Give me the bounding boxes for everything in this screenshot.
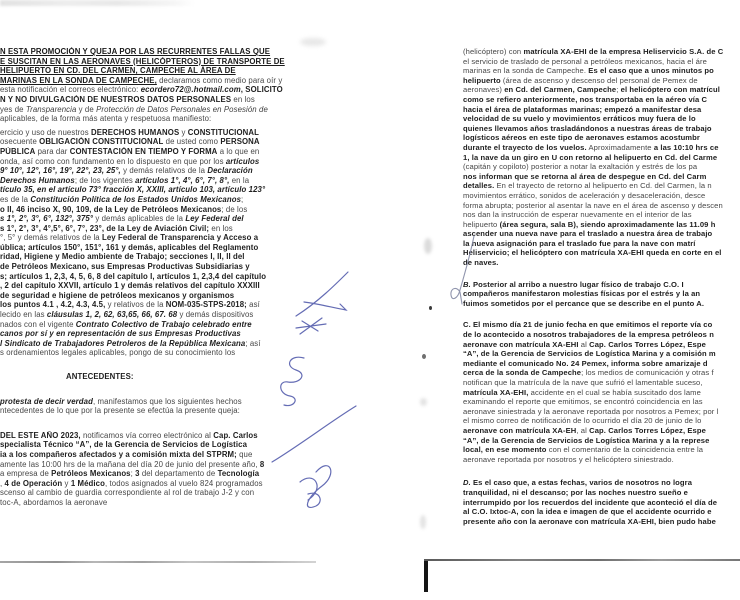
text-segment: ridad, Higiene y Medio ambiente de Traba… [0,252,245,261]
text-segment: , 2 del capítulo XXVII, artículo 1 y dem… [0,281,260,290]
text-line: o II, 46 inciso X, 90, 109, de la Ley de… [0,205,362,215]
paragraph: N ESTA PROMOCIÓN Y QUEJA POR LAS RECURRE… [0,47,362,124]
text-segment: ercicio y uso de nuestros [0,128,91,137]
text-line: matrícula XA-EHI, accidente en el cual s… [463,388,740,398]
text-segment: Tecnología [218,469,260,478]
text-segment: ia a los compañeros afectados y a comisi… [0,450,237,459]
text-line: compañeros manifestaron molestias física… [463,289,740,299]
paragraph: D. Es el caso que, a estas fechas, vario… [463,478,740,526]
signature-initials-h [296,318,326,334]
text-segment: y relativos de la [105,300,165,309]
text-line: helipuerto (área segura, sala B), siendo… [463,220,740,230]
text-segment: onda, así como con fundamento en lo disp… [0,157,226,166]
text-line: notifican que la matrícula de la nave qu… [463,378,740,388]
page-2-text-column: (helicóptero) con matrícula XA-EHI de la… [463,47,740,526]
text-segment: durante el trayecto de los vuelos. [463,143,587,152]
signature-loop-2 [300,478,317,500]
text-segment: scenso al cambio de guardia correspondie… [0,488,254,497]
text-line: hacia el área de plataformas marinas; em… [463,105,740,115]
text-segment: y de [76,105,96,114]
text-segment: , manifestamos que los siguientes hechos [93,397,242,406]
text-segment: y [179,128,188,137]
text-segment: de seguridad e higiene de petróleos mexi… [0,291,234,300]
scan-smudge-gutter-2 [420,398,427,406]
text-line: HELIPUERTO EN CD. DEL CARMEN, CAMPECHE A… [0,66,362,76]
text-segment: (helicóptero) con [463,47,523,56]
text-segment: °, 5° y demás relativos de la [0,233,102,242]
text-segment: Heliservicio; el helicóptero con matrícu… [463,248,722,257]
text-segment: Cap. Carlos Torres López, Espe [589,426,706,435]
text-segment: movimientos errático, sonidos de acelera… [463,191,705,200]
text-line: examinando el reporte que emitimos, se e… [463,397,740,407]
text-segment: s 1°, 2°, 3°, 4°,5°, 6°, 7°, 23°, de la … [0,224,209,233]
text-segment: C. El mismo día 21 de junio fecha en que… [463,320,712,329]
text-segment: s; artículos 1, 2,3, 4, 5, 6, 8 del capí… [0,272,266,281]
text-segment: ; de los vigentes [75,176,135,185]
text-line: “A”, de la Gerencia de Servicios de Logí… [463,349,740,359]
scan-smudge-gutter-3 [420,515,426,529]
text-segment: 1 Médico [71,479,105,488]
text-segment: forma abrupta; posterior al asentar la n… [463,201,723,210]
text-line: D. Es el caso que, a estas fechas, vario… [463,478,740,488]
text-segment: MARINAS EN LA SONDA DE CAMPECHE, [0,76,157,85]
text-segment: OBLIGACIÓN CONSTITUCIONAL [39,137,163,146]
text-segment: de lo acontecido a nosotros trabajadores… [463,330,714,339]
text-segment: al [579,340,590,349]
signature-loop-1 [307,466,330,508]
text-segment: en los [209,224,233,233]
text-segment: osecuente [0,137,39,146]
text-segment: declaramos como medio para oír y [157,76,283,85]
text-line: de naves. [463,258,740,268]
text-segment: los puntos 4.1 , 4.2, 4.3, 4.5, [0,300,105,309]
text-segment: Ley Federal del [185,214,243,223]
text-segment: s 1°, 2°, 3°, 6°, 132°, 375° [0,214,93,223]
text-segment: Cap. Carlos Torres López, Espe [589,340,706,349]
text-segment: Es el caso que, a estas fechas, varios d… [471,478,692,487]
text-line: presente año con la aeronave con matrícu… [463,517,740,527]
text-segment: Aproximadamente [587,143,654,152]
text-line: interrumpido por los recuerdos del incid… [463,498,740,508]
text-segment: hacia el área de plataformas marinas; em… [463,105,701,114]
text-segment: ública; artículos 150°, 151°, 161 y demá… [0,243,258,252]
text-segment: detalles. [463,181,494,190]
text-segment: artículos 1°, 4°, 6°, 7°, 8°, [135,176,229,185]
text-segment: Constitución Política de los Estados Uni… [30,195,241,204]
text-segment: aeronave con matrícula XA-EH [463,426,576,435]
text-segment: lecido en las [0,310,47,319]
text-segment: y [62,479,71,488]
text-segment: matrícula XA-EHI, [463,388,528,397]
text-segment: HELIPUERTO EN CD. DEL CARMEN, CAMPECHE A… [0,66,236,75]
text-segment: accidente en el cual se había suscitado … [528,388,701,397]
text-segment: quienes llevamos años trasladándonos a n… [463,124,712,133]
text-line: marinas en la sonda de Campeche. Es el c… [463,66,740,76]
text-segment: Transparencia [26,105,77,114]
text-segment: la nueva asignación para el traslado fue… [463,239,696,248]
text-line: onda, así como con fundamento en lo disp… [0,157,362,167]
text-line: 9° 10°, 12°, 16°, 19°, 22°, 23, 25°, y d… [0,166,362,176]
text-line: esta notificación el correos electrónico… [0,85,362,95]
text-segment: D. [463,478,471,487]
text-line: aplicables, de la forma más atenta y res… [0,114,362,124]
text-segment: , al [576,426,589,435]
text-segment: en la [229,176,249,185]
text-line: quienes llevamos años trasladándonos a n… [463,124,740,134]
text-line: 1, la nave da un giro en U con retorno a… [463,153,740,163]
text-segment: N Y NO DIVULGACIÓN DE NUESTROS DATOS PER… [0,95,231,104]
text-line: ercicio y uso de nuestros DERECHOS HUMAN… [0,128,362,138]
text-segment: Petróleos Mexicanos [51,469,130,478]
text-segment: ANTECEDENTES: [66,372,134,381]
scan-speck-comma [429,306,432,310]
text-segment: l Sindicato de Trabajadores Petroleros d… [0,339,245,348]
page-1-bottom-edge [0,561,316,563]
text-segment: ; así [245,339,260,348]
text-segment: “A”, de la Gerencia de Servicios de Logí… [463,349,716,358]
text-segment: examinando el reporte que emitimos, se e… [463,397,703,406]
text-line: aeronave siniestrada y la aeronave repor… [463,407,740,417]
text-segment: , todos asignados al vuelo 824 programad… [105,479,263,488]
text-line: de lo acontecido a nosotros trabajadores… [463,330,740,340]
text-segment: (capitán y copiloto) posterior a notar l… [463,162,697,171]
text-line: al C.O. Ixtoc-A, con la idea e imagen de… [463,507,740,517]
text-segment: presente año con la aeronave con matrícu… [463,517,716,526]
text-segment: specialista Técnico “A”, de la Gerencia … [0,440,247,449]
text-segment: matrícula XA-EHI de la empresa Heliservi… [523,47,723,56]
text-line: aeronaves) en Cd. del Carmen, Campeche; … [463,85,740,95]
scan-speck-dot [422,354,426,359]
text-line: Heliservicio; el helicóptero con matrícu… [463,248,740,258]
text-segment: tranquilidad, ni el descanso; por las no… [463,488,688,497]
text-segment: el mismo correo de notificación de lo oc… [463,416,701,425]
text-line: s 1°, 2°, 3°, 6°, 132°, 375° y demás apl… [0,214,362,224]
text-segment: en Cd. del Carmen, Campeche [504,85,616,94]
text-segment: marinas en la sonda de Campeche. [463,66,588,75]
text-segment: DEL ESTE AÑO 2023, [0,431,81,440]
text-segment: es de la [0,195,30,204]
text-line: detalles. En el trayecto de retorno al h… [463,181,740,191]
text-line: tículo 35, en el artículo 73° fracción X… [0,185,362,195]
paragraph: (helicóptero) con matrícula XA-EHI de la… [463,47,740,268]
scan-smudge-gutter-1 [424,238,432,254]
text-segment: tículo 35, en el artículo 73° fracción X… [0,185,265,194]
text-segment: cláusulas 1, 2, 62, 63,65, 66, 67. 68 [47,310,177,319]
text-line: el servicio de traslado de personal a pe… [463,57,740,67]
text-segment: a empresa de [0,469,51,478]
text-segment: (área segura, sala B), siendo aproximada… [500,220,716,229]
text-line: helipuerto (área de ascenso y descenso d… [463,76,740,86]
text-segment: compañeros manifestaron molestias física… [463,289,700,298]
signature-scribble-1 [281,357,304,405]
text-line: la nueva asignación para el traslado fue… [463,239,740,249]
text-segment: a lo que en [217,147,259,156]
text-segment: para dar [35,147,69,156]
text-segment: aeronave con matrícula XA-EHI [463,340,579,349]
paragraph: B. Posterior al arribo a nuestro lugar f… [463,280,740,309]
text-segment: aeronave siniestrada y la aeronave repor… [463,407,718,416]
text-segment: del departamento de [140,469,218,478]
text-line: (helicóptero) con matrícula XA-EHI de la… [463,47,740,57]
text-segment: 4 de Operación [5,479,63,488]
text-segment: helipuerto [463,220,500,229]
text-line: ública; artículos 150°, 151°, 161 y demá… [0,243,362,253]
text-segment: DERECHOS HUMANOS [91,128,179,137]
text-segment: 9° 10°, 12°, 16°, 19°, 22°, 23, 25°, [0,166,121,175]
text-segment: s ordenamientos legales aplicables, pong… [0,348,235,357]
signature-stroke-3 [272,406,356,462]
text-line: fuimos sometidos por el percance que se … [463,299,740,309]
text-segment: mediante el comunicado No. 24 Pemex, inf… [463,359,708,368]
text-segment: a las 10:10 hrs ce [654,143,719,152]
text-segment: yes de [0,105,26,114]
text-line: es de la Constitución Política de los Es… [0,195,362,205]
page-2-corner-bar [424,561,428,592]
text-segment: Ley Federal de Transparencia y Acceso a [102,233,258,242]
text-segment: que [237,450,253,459]
scanned-document-canvas: { "document": { "description_title": "Qu… [0,0,740,600]
pen-check-mark [440,232,490,317]
text-segment: Declaración [207,166,252,175]
text-segment: toc-A, abordamos la aeronave [0,498,107,507]
text-segment: N ESTA PROMOCIÓN Y QUEJA POR LAS RECURRE… [0,47,270,56]
text-line: Derechos Humanos; de los vigentes artícu… [0,176,362,186]
text-segment: E SUSCITAN EN LAS AERONAVES (HELICÓPTERO… [0,57,285,66]
text-line: logísticos aéreos en este tipo de aerona… [463,133,740,143]
text-segment: interrumpido por los recuerdos del incid… [463,498,717,507]
text-segment: artículos [226,157,259,166]
text-line: aeronave reportada por nosotros y el hel… [463,455,740,465]
page-2-bottom-edge [424,559,740,561]
text-segment: en los [231,95,255,104]
text-segment: ascender una nueva nave para el traslado… [463,229,712,238]
text-segment: “A”, de la Gerencia de Servicios de Logí… [463,436,709,445]
text-segment: amente las 10:00 hrs de la mañana del dí… [0,460,258,469]
text-line: el mismo correo de notificación de lo oc… [463,416,740,426]
text-segment: , SOLICITO [241,85,283,94]
text-segment: PERSONA [220,137,259,146]
text-segment: de Petróleos Mexicano, sus Empresas Prod… [0,262,250,271]
text-line: nos dan la instrucción de esperar nuevam… [463,210,740,220]
text-segment: el servicio de traslado de personal a pe… [463,57,707,66]
text-segment: (área de ascenso y descenso del personal… [501,76,698,85]
text-segment: En el trayecto de retorno al helipuerto … [494,181,711,190]
text-segment: el helicóptero con matrícul [621,85,720,94]
text-line: N ESTA PROMOCIÓN Y QUEJA POR LAS RECURRE… [0,47,362,57]
text-line: durante el trayecto de los vuelos. Aprox… [463,143,740,153]
text-segment: velocidad de su vuelo y movimientos errá… [463,114,696,123]
text-segment: fuimos sometidos por el percance que se … [463,299,704,308]
text-segment: ; de los [221,205,247,214]
text-line: como se refiero anteriormente, nos trans… [463,95,740,105]
text-segment: NOM-035-STPS-2018; [166,300,247,309]
pen-check-stroke [451,236,474,304]
document-page-2: (helicóptero) con matrícula XA-EHI de la… [463,0,740,600]
text-segment: CONSTITUCIONAL [188,128,259,137]
text-line: C. El mismo día 21 de junio fecha en que… [463,320,740,330]
text-line: cerca de la sonda de Campeche; los medio… [463,368,740,378]
text-segment: protesta de decir verdad [0,397,93,406]
text-segment: como se refiero anteriormente, nos trans… [463,95,707,104]
text-segment: notifican que la matrícula de la nave qu… [463,378,703,387]
text-line: “A”, de la Gerencia de Servicios de Logí… [463,436,740,446]
text-segment: esta notificación el correos electrónico… [0,85,141,94]
text-segment: ; [241,195,243,204]
text-segment: logísticos aéreos en este tipo de aerona… [463,133,700,142]
text-segment: local, en ese momento [463,445,547,454]
text-segment: así [247,300,260,309]
text-segment: o II, 46 inciso X, 90, 109, de la Ley de… [0,205,221,214]
text-segment: nos informan que se retorna al área de d… [463,172,706,181]
text-segment: Protección de Datos Personales en Posesi… [96,105,268,114]
text-line: ascender una nueva nave para el traslado… [463,229,740,239]
text-line: velocidad de su vuelo y movimientos errá… [463,114,740,124]
text-segment: notificamos vía correo electrónico al [81,431,214,440]
text-segment: PÚBLICA [0,147,35,156]
text-line: MARINAS EN LA SONDA DE CAMPECHE, declara… [0,76,362,86]
text-segment: CONTESTACIÓN EN TIEMPO Y FORMA [70,147,218,156]
text-line: tranquilidad, ni el descanso; por las no… [463,488,740,498]
text-line: forma abrupta; posterior al asentar la n… [463,201,740,211]
text-line: movimientos errático, sonidos de acelera… [463,191,740,201]
text-segment: helipuerto [463,76,501,85]
text-segment: Cap. Carlos [213,431,257,440]
text-segment: ; los medios de comunicación y otras f [581,368,714,377]
text-segment: aeronaves) [463,85,504,94]
text-line: E SUSCITAN EN LAS AERONAVES (HELICÓPTERO… [0,57,362,67]
text-segment: cerca de la sonda de Campeche [463,368,581,377]
text-line: s 1°, 2°, 3°, 4°,5°, 6°, 7°, 23°, de la … [0,224,362,234]
text-segment: Es el caso que a unos minutos po [588,66,714,75]
text-segment: canos por sí y en representación de sus … [0,329,241,338]
text-line: PÚBLICA para dar CONTESTACIÓN EN TIEMPO … [0,147,362,157]
text-segment: con el comentario de la coincidencia ent… [547,445,704,454]
text-line: local, en ese momento con el comentario … [463,445,740,455]
text-segment: al C.O. Ixtoc-A, con la idea e imagen de… [463,507,712,516]
text-line: aeronave con matrícula XA-EHI al Cap. Ca… [463,340,740,350]
paragraph: C. El mismo día 21 de junio fecha en que… [463,320,740,464]
text-segment: nos dan la instrucción de esperar nuevam… [463,210,692,219]
text-segment: y demás aplicables de la [93,214,185,223]
ink-signatures-margin [260,260,370,520]
text-segment: nados con el vigente [0,320,76,329]
text-line: N Y NO DIVULGACIÓN DE NUESTROS DATOS PER… [0,95,362,105]
scan-smudge-top-right [300,38,326,46]
text-line: B. Posterior al arribo a nuestro lugar f… [463,280,740,290]
text-line: (capitán y copiloto) posterior a notar l… [463,162,740,172]
text-line: osecuente OBLIGACIÓN CONSTITUCIONAL de u… [0,137,362,147]
text-segment: Posterior al arribo a nuestro lugar físi… [471,280,684,289]
text-segment: de usted como [163,137,220,146]
text-segment: y demás relativos de la [121,166,208,175]
text-line: yes de Transparencia y de Protección de … [0,105,362,115]
text-segment: aeronave reportada por nosotros y el hel… [463,455,674,464]
text-line: nos informan que se retorna al área de d… [463,172,740,182]
text-segment: Contrato Colectivo de Trabajo celebrado … [76,320,252,329]
text-segment: Derechos Humanos [0,176,75,185]
text-segment: ntecedentes de lo que por la presente se… [0,406,240,415]
text-segment: aplicables, de la forma más atenta y res… [0,114,211,123]
text-segment: ecordero72@.hotmail.com [141,85,241,94]
text-segment: y demás dispositivos [177,310,253,319]
text-line: aeronave con matrícula XA-EH, al Cap. Ca… [463,426,740,436]
text-line: °, 5° y demás relativos de la Ley Federa… [0,233,362,243]
text-line: mediante el comunicado No. 24 Pemex, inf… [463,359,740,369]
text-segment: 1, la nave da un giro en U con retorno a… [463,153,717,162]
